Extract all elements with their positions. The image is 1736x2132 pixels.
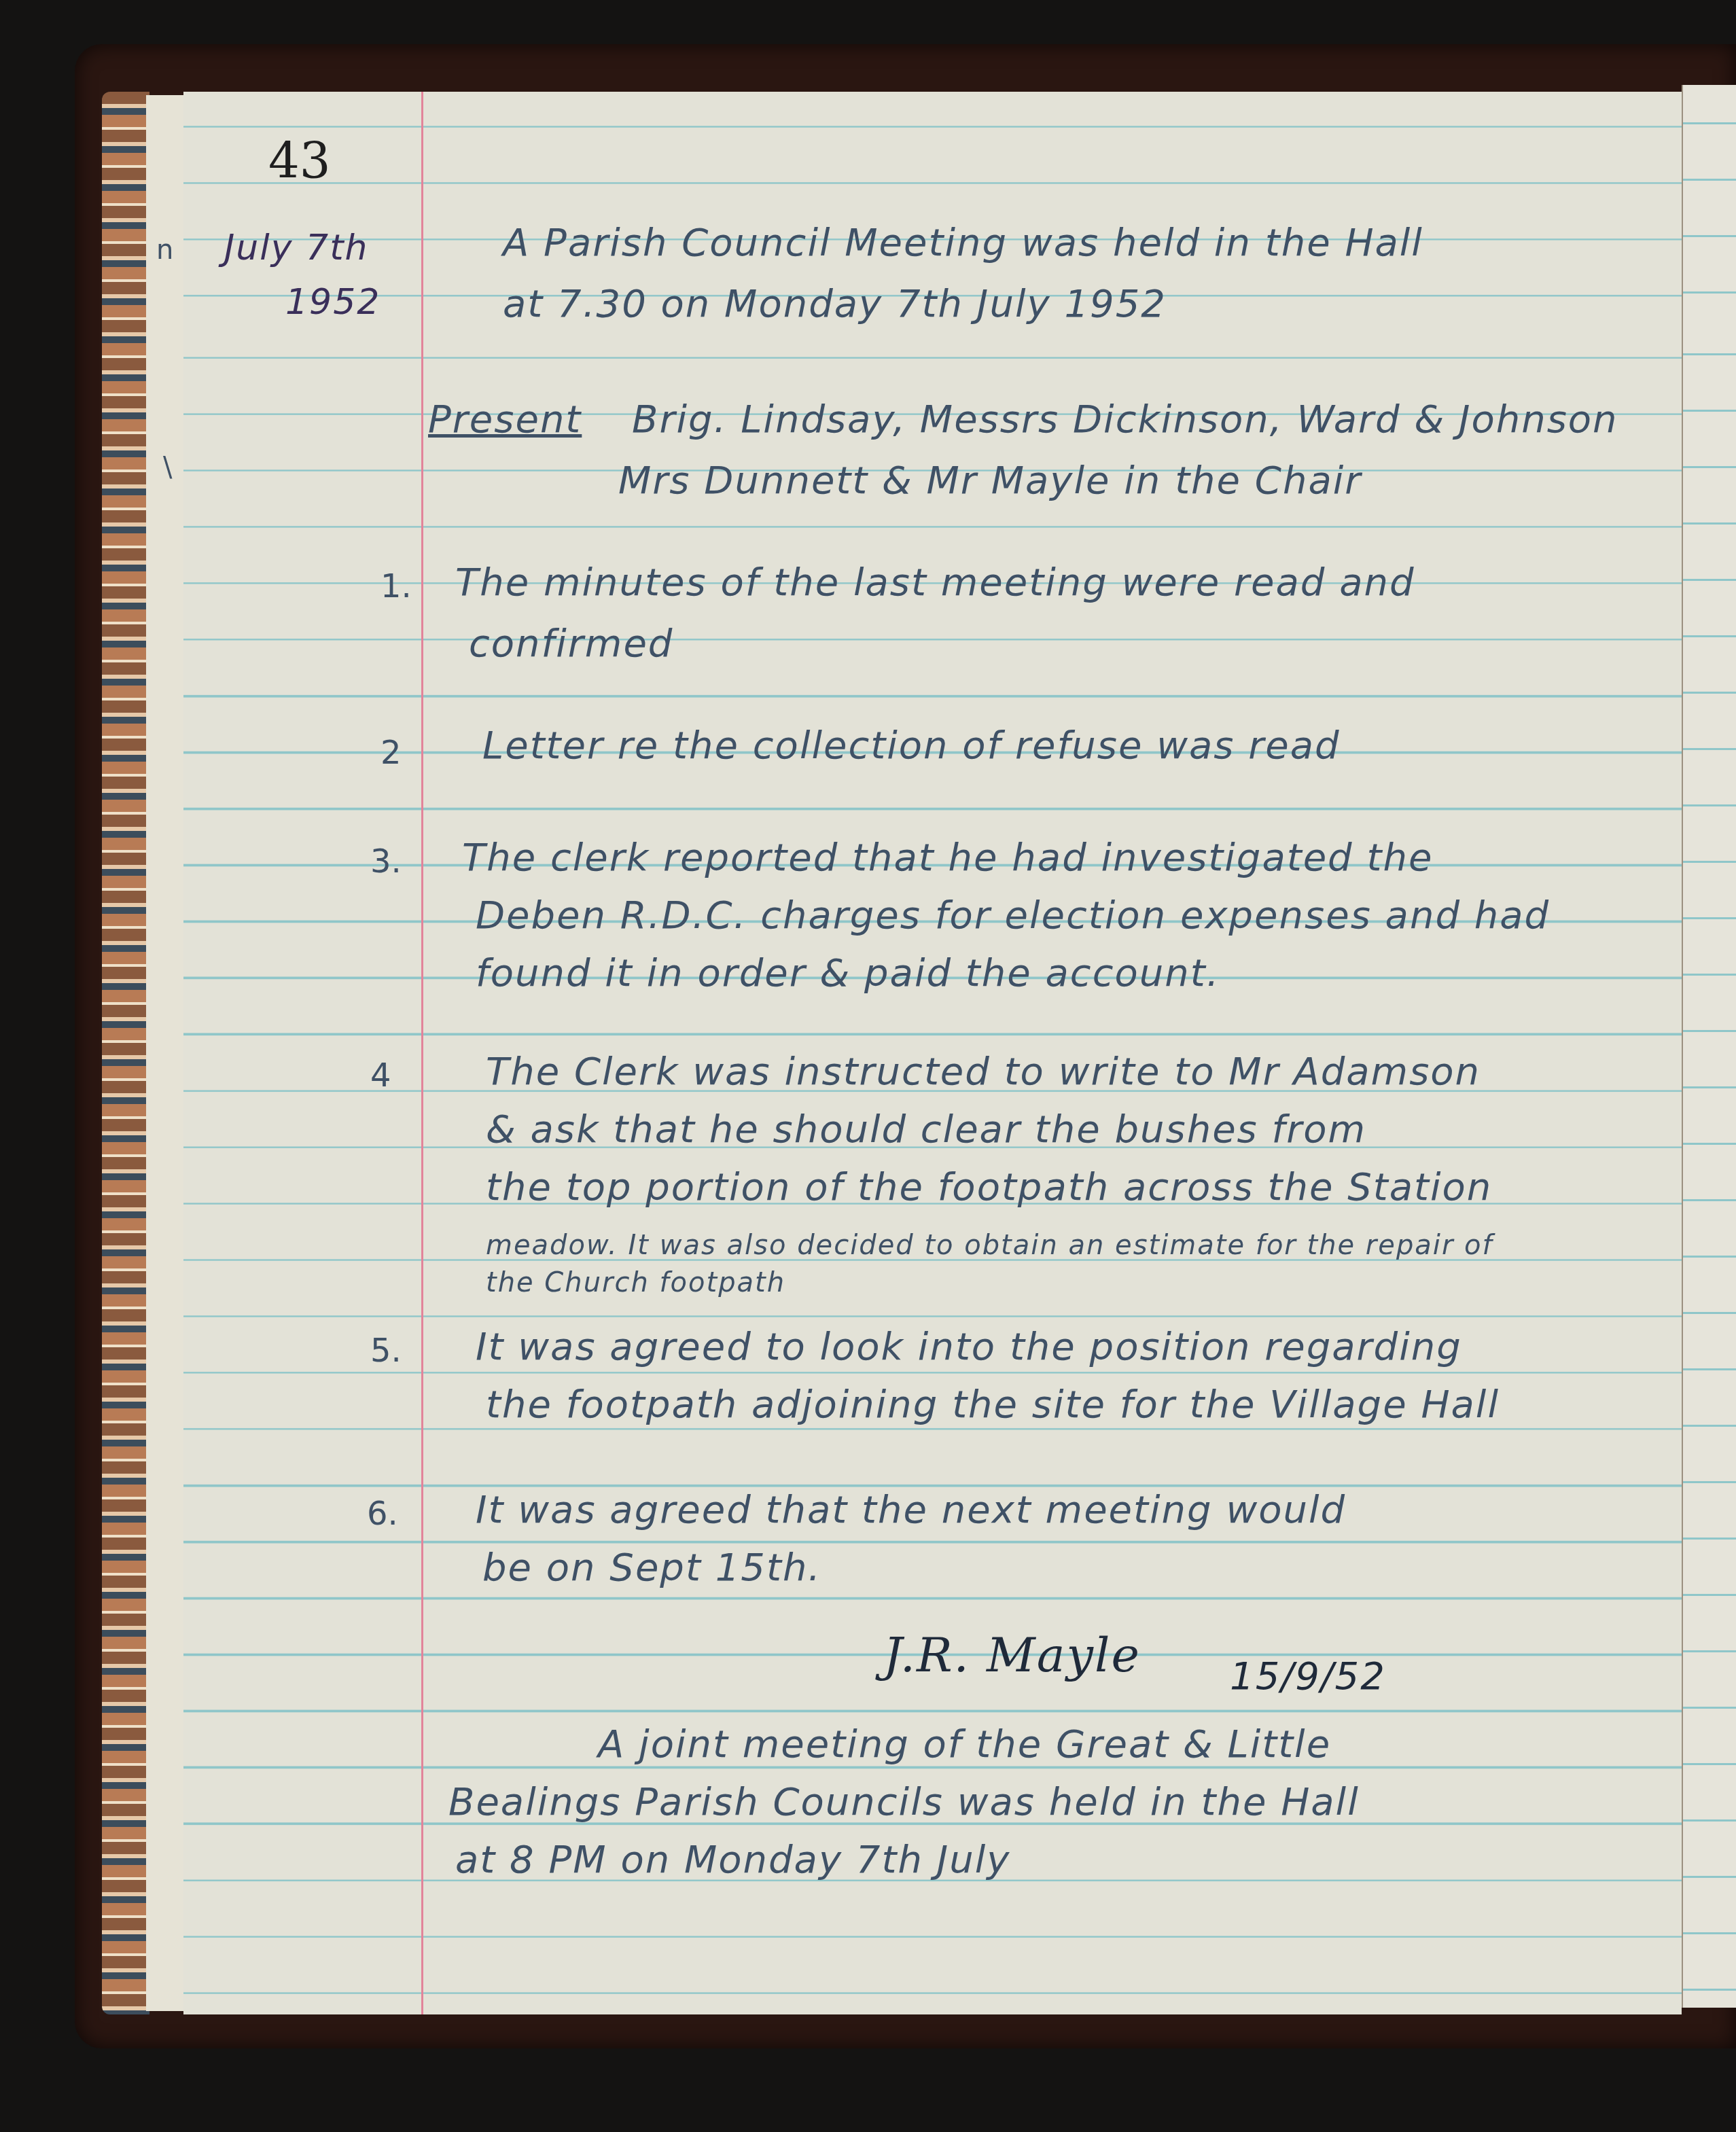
red-margin-line bbox=[421, 92, 423, 2014]
date-margin-year: 1952 bbox=[285, 282, 380, 323]
joint-meeting-line-1: A joint meeting of the Great & Little bbox=[598, 1722, 1331, 1766]
item-line: The minutes of the last meeting were rea… bbox=[455, 561, 1415, 605]
item-line: confirmed bbox=[469, 622, 673, 666]
underlying-page bbox=[146, 95, 188, 2011]
margin-tick-mark: n bbox=[156, 234, 173, 266]
item-line: the top portion of the footpath across t… bbox=[486, 1165, 1492, 1209]
facing-page-edge bbox=[1682, 85, 1736, 2008]
item-line: found it in order & paid the account. bbox=[476, 951, 1220, 995]
marbled-page-edges bbox=[102, 92, 149, 2014]
item-line: Deben R.D.C. charges for election expens… bbox=[476, 893, 1550, 938]
opening-line-1: A Parish Council Meeting was held in the… bbox=[503, 221, 1423, 265]
item-line: the Church footpath bbox=[486, 1267, 785, 1298]
page-number: 43 bbox=[268, 132, 331, 190]
item-number: 1. bbox=[380, 567, 412, 605]
minute-book-page: 43 n \ July 7th 1952 A Parish Council Me… bbox=[183, 92, 1682, 2014]
item-line: The Clerk was instructed to write to Mr … bbox=[486, 1050, 1481, 1094]
item-number: 6. bbox=[367, 1495, 398, 1533]
present-line-1: Brig. Lindsay, Messrs Dickinson, Ward & … bbox=[632, 397, 1618, 442]
item-line: It was agreed to look into the position … bbox=[476, 1325, 1462, 1369]
item-number: 5. bbox=[370, 1332, 402, 1370]
chairman-signature: J.R. Mayle bbox=[883, 1627, 1141, 1683]
joint-meeting-line-3: at 8 PM on Monday 7th July bbox=[455, 1838, 1010, 1882]
item-line: Letter re the collection of refuse was r… bbox=[482, 724, 1341, 768]
item-line: meadow. It was also decided to obtain an… bbox=[486, 1230, 1493, 1261]
item-number: 4 bbox=[370, 1056, 391, 1095]
signature-date: 15/9/52 bbox=[1230, 1654, 1386, 1699]
item-line: It was agreed that the next meeting woul… bbox=[476, 1488, 1346, 1532]
item-line: be on Sept 15th. bbox=[482, 1546, 821, 1590]
opening-line-2: at 7.30 on Monday 7th July 1952 bbox=[503, 282, 1167, 326]
margin-tick-mark: \ bbox=[163, 452, 172, 483]
joint-meeting-line-2: Bealings Parish Councils was held in the… bbox=[448, 1780, 1360, 1824]
present-label: Present bbox=[428, 397, 582, 442]
item-line: & ask that he should clear the bushes fr… bbox=[486, 1107, 1366, 1152]
item-number: 3. bbox=[370, 842, 402, 881]
item-line: the footpath adjoining the site for the … bbox=[486, 1383, 1500, 1427]
date-margin-day: July 7th bbox=[224, 228, 368, 268]
item-line: The clerk reported that he had investiga… bbox=[462, 836, 1433, 880]
present-line-2: Mrs Dunnett & Mr Mayle in the Chair bbox=[618, 459, 1362, 503]
item-number: 2 bbox=[380, 734, 402, 772]
